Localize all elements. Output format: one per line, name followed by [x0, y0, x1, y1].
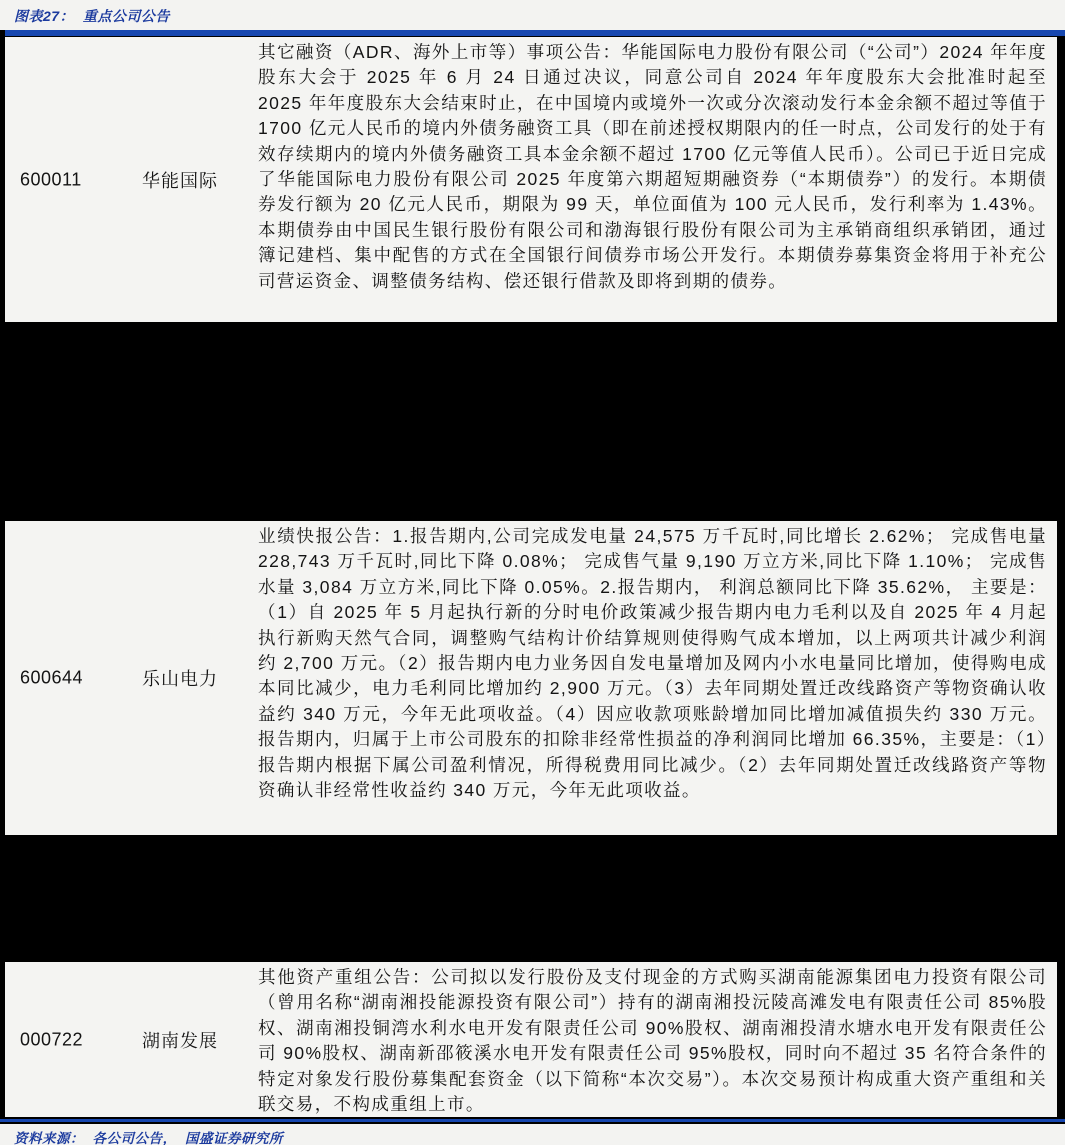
table-row: 000722 湖南发展 其他资产重组公告：公司拟以发行股份及支付现金的方式购买湖… — [5, 962, 1057, 1117]
redacted-row — [0, 322, 1065, 521]
table-top-border — [5, 30, 1065, 36]
announcement-text: 其他资产重组公告：公司拟以发行股份及支付现金的方式购买湖南能源集团电力投资有限公… — [258, 962, 1047, 1117]
table-row: 600644 乐山电力 业绩快报公告：1.报告期内,公司完成发电量 24,575… — [5, 521, 1057, 835]
company-name: 湖南发展 — [142, 1027, 218, 1053]
company-name: 乐山电力 — [142, 665, 218, 691]
announcement-text: 其它融资（ADR、海外上市等）事项公告：华能国际电力股份有限公司（“公司”）20… — [258, 37, 1047, 322]
company-name: 华能国际 — [142, 167, 218, 193]
stock-code: 600011 — [20, 169, 82, 190]
announcement-table: 600011 华能国际 其它融资（ADR、海外上市等）事项公告：华能国际电力股份… — [0, 30, 1065, 1124]
stock-code: 600644 — [20, 668, 83, 689]
stock-code: 000722 — [20, 1029, 83, 1050]
figure-title: 图表27： 重点公司公告 — [14, 6, 170, 26]
redacted-row — [0, 835, 1065, 962]
table-bottom-border — [0, 1119, 1065, 1122]
table-row: 600011 华能国际 其它融资（ADR、海外上市等）事项公告：华能国际电力股份… — [5, 37, 1057, 322]
source-note: 资料来源： 各公司公告， 国盛证券研究所 — [14, 1127, 283, 1145]
announcement-text: 业绩快报公告：1.报告期内,公司完成发电量 24,575 万千瓦时,同比增长 2… — [258, 521, 1047, 835]
